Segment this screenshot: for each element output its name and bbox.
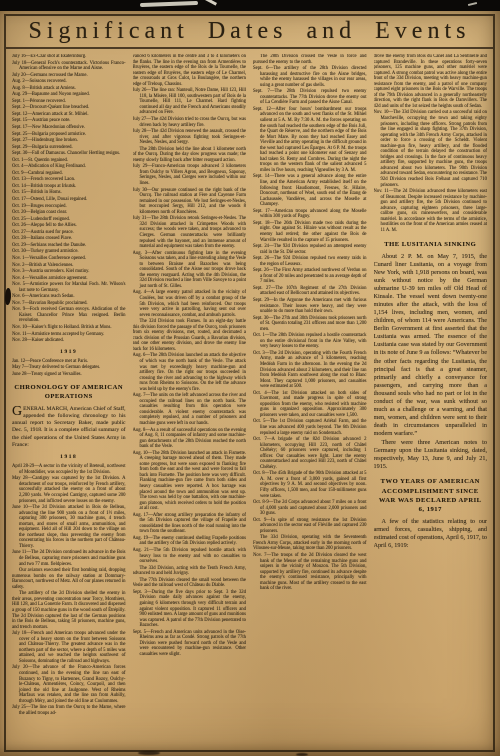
text-block: Sept. 5—French and American units advanc…: [133, 630, 247, 658]
text-block: Aug. 29—Bapaume and Noyon regained.: [12, 92, 126, 98]
text-block: There were three American notes to Germa…: [374, 439, 488, 471]
text-block: Nov. 10—Kaiser's flight to Holland. Brit…: [12, 325, 126, 331]
text-block: Oct. 3—The 2d Division, operating with t…: [253, 351, 367, 390]
text-block: Sept. 30—Fall of Damascus. Chancellor He…: [12, 151, 126, 157]
text-block: Nov. 11—Armistice terms accepted by Germ…: [12, 332, 126, 338]
text-block: Sept. 12—After four hours' bombardment o…: [253, 107, 367, 174]
text-block: The 33d Division, operating with the Sev…: [253, 535, 367, 552]
text-block: Aug. 2—Soissons recovered.: [12, 79, 126, 85]
text-block: Sept. 27—The 107th Regiment of the 27th …: [253, 286, 367, 297]
text-block: Oct. 4—Abdication of King Ferdinand.: [12, 164, 126, 170]
text-block: April 28-29—A sector in the vicinity of …: [12, 464, 126, 475]
text-block: July 27—The 42d Division tried to cross …: [133, 117, 247, 128]
text-column-1: July 16—Ex-Czar shot at Ekaterinburg.Jul…: [12, 54, 126, 747]
text-block: Oct. 8—The 45th Brigade of the 90th Divi…: [253, 471, 367, 499]
text-block: Sept. 18—The 26th Division made two raid…: [253, 221, 367, 243]
text-block: About 2 P. M. on May 7, 1915, the Cunard…: [374, 253, 488, 438]
text-block: Aug. 8—British attack at Amiens.: [12, 86, 126, 92]
text-block: Nov. 9—Foch received German envoys. Abdi…: [12, 307, 126, 324]
scan-top-edge: [0, 0, 500, 11]
text-block: Oct. 28—Italians crossed Piave.: [12, 236, 126, 242]
document-page: Significant Dates and Events July 16—Ex-…: [0, 11, 500, 756]
text-block: Nov. 28—Kaiser abdicated.: [12, 338, 126, 344]
text-block: July 31—The 28th Division retook Seringe…: [133, 216, 247, 249]
text-block: The artillery of the 2d Division shelled…: [12, 591, 126, 630]
section-heading: 1919: [12, 349, 126, 355]
text-block: July 16—Ex-Czar shot at Ekaterinburg.: [12, 54, 126, 60]
text-block: Oct. 9—Cambrai regained.: [12, 171, 126, 177]
text-block: The 28th Division held the line about 1 …: [133, 147, 247, 164]
text-block: Jan. 12—Peace Conference met at Paris.: [12, 359, 126, 365]
text-column-4: drove the enemy from Bois du Canel and L…: [374, 54, 488, 747]
text-block: Aug. 10—The 28th Division launched an at…: [133, 451, 247, 512]
text-block: Oct. 30—Turkey granted armistice.: [12, 249, 126, 255]
text-block: July 25—The line ran from the Ourcq to t…: [12, 705, 126, 716]
text-block: Nov. 11—The 2d Division advanced three k…: [374, 189, 488, 233]
text-block: July 30—Our pressure continued on the ri…: [133, 188, 247, 216]
text-block: Oct. 14—British troops at Irkutsk.: [12, 184, 126, 190]
page-title: Significant Dates and Events: [6, 18, 493, 45]
text-block: Oct. 9—In spite of strong resistance the…: [253, 518, 367, 535]
text-block: May 28—Cantigny was captured by the 1st …: [12, 476, 126, 504]
section-heading: CHRONOLOGY OF AMERICAN OPERATIONS: [14, 383, 124, 401]
text-block: Sept. 15—Austrian peace note.: [12, 118, 126, 124]
text-block: June 28—Treaty signed at Versailles.: [12, 372, 126, 378]
text-block: June 10—The 2d Division attacked in Bois…: [12, 505, 126, 549]
text-block: Aug. 4—A large enemy patrol attacked in …: [133, 290, 247, 318]
text-block: Oct. 25—Ludendorff resigned.: [12, 217, 126, 223]
text-block: Nov. 3—Austria surrenders. Kiel mutiny.: [12, 269, 126, 275]
text-block: Aug. 6—The 28th Division launched an att…: [133, 353, 247, 392]
scan-artifact: [205, 0, 217, 6]
text-block: Sept. 14—There was a general advance alo…: [253, 174, 367, 207]
text-block: Nov. 4—Versailles armistice agreement.: [12, 276, 126, 282]
section-heading: TWO YEARS OF AMERICAN ACCOMPLISHMENT SIN…: [376, 477, 486, 514]
text-block: Sept. 29—Bulgaria surrendered.: [12, 145, 126, 151]
text-block: Oct. 7—A brigade of the 82d Division adv…: [253, 437, 367, 470]
text-block: Sept. 2—Drocourt-Quéant line breached.: [12, 105, 126, 111]
text-block: July 28—The 42d Division renewed the ass…: [133, 129, 247, 146]
scan-smudge: [138, 751, 160, 755]
text-block: Oct. 4—The 1st Division attacked on both…: [253, 391, 367, 419]
text-block: The 33d Division, acting with the Tenth …: [133, 566, 247, 577]
text-block: The 28th Division crossed the Vesle in f…: [253, 54, 367, 65]
text-block: Sept. 7—The 28th Division repulsed two e…: [253, 89, 367, 106]
text-block: July 18—French and American troops advan…: [12, 631, 126, 664]
scan-artifact: [140, 1, 198, 7]
text-block: Aug. 19—The enemy continued shelling Fra…: [133, 536, 247, 547]
text-block: Oct. 15—British in Homs.: [12, 190, 126, 196]
text-block: Aug. 7—The units on the left advanced ac…: [133, 393, 247, 426]
text-block: The 77th Division cleared the small wood…: [133, 578, 247, 589]
text-block: Oct. 8-9—The 2d Corps advanced about 7 m…: [253, 500, 367, 517]
text-block: Oct. 17—Ostend, Lille, Douai regained.: [12, 197, 126, 203]
text-block: Oct. 27—Austria sued for peace.: [12, 230, 126, 236]
text-block: Sept. 27—Hindenburg line broken.: [12, 138, 126, 144]
text-columns: July 16—Ex-Czar shot at Ekaterinburg.Jul…: [6, 49, 493, 750]
text-block: July 29—Franco-American troops advanced …: [133, 164, 247, 186]
scan-artifact: [468, 2, 477, 6]
text-block: July 26—The line ran: Nanteuil, Notre Da…: [133, 88, 247, 116]
text-block: Oct. 1—The 28th Division repulsed a host…: [253, 333, 367, 350]
text-block: Nov. 7—The troops of the 2d Division cle…: [253, 553, 367, 592]
text-block: Oct. 20—Belgian coast clear.: [12, 210, 126, 216]
text-block: Sept. 17—American troops advanced along …: [253, 209, 367, 220]
text-block: Nov. 2—British at Valenciennes.: [12, 263, 126, 269]
text-column-2: vanced 6 kilometers in the centre and 3 …: [133, 54, 247, 747]
text-block: June 11—The 2d Division continued its ad…: [12, 550, 126, 567]
text-block: GENERAL MARCH, American Chief of Staff, …: [12, 406, 126, 450]
text-block: July 20—Germans recrossed the Marne.: [12, 73, 126, 79]
text-block: July 18—General Foch's counterattack. Vi…: [12, 61, 126, 72]
text-block: Sept. 24—The 92d Division repulsed an at…: [253, 244, 367, 255]
text-block: Sept. 29—In the Argonne the Americans me…: [253, 298, 367, 315]
text-block: A few of the statistics relating to our …: [374, 518, 488, 550]
text-block: drove the enemy from Bois du Canel and L…: [374, 54, 488, 109]
text-block: Sept. 26—The 92d Division repulsed two e…: [253, 256, 367, 267]
text-block: Oct. 19—Bruges reoccupied.: [12, 204, 126, 210]
text-block: Sept. 12—American attack at St. Mihiel.: [12, 112, 126, 118]
section-heading: 1918: [12, 454, 126, 460]
text-block: Sept. 26—The First Army attacked northwe…: [253, 268, 367, 285]
text-block: Our aviators executed their first bombin…: [12, 568, 126, 590]
text-block: Sept. 25—Bulgaria proposed armistice.: [12, 132, 126, 138]
scanned-page: Significant Dates and Events July 16—Ex-…: [0, 0, 500, 756]
text-block: Aug. 3—After continuous fighting late in…: [133, 251, 247, 290]
text-block: Oct. 29—Serbians reached the Danube.: [12, 243, 126, 249]
text-block: Oct. 13—French recovered Laon.: [12, 177, 126, 183]
text-block: Oct. 26—Aleppo fell to the Allies.: [12, 223, 126, 229]
text-column-3: The 28th Division crossed the Vesle in f…: [253, 54, 367, 747]
text-block: Aug. 8—As a result of successful operati…: [133, 428, 247, 450]
text-block: Nov. 5—Armistice powers for Marshal Foch…: [12, 282, 126, 293]
section-heading: THE LUSITANIA SINKING: [376, 240, 486, 249]
text-block: Aug. 17—After strong artillery preparati…: [133, 513, 247, 535]
text-block: Nov. 1—Versailles Conference opened.: [12, 256, 126, 262]
text-block: Oct. 5—The 1st Division captured Ariétal…: [253, 419, 367, 436]
text-block: The 32d Division took Fismes. In an eigh…: [133, 319, 247, 352]
text-block: Oct. 1—St. Quentin regained.: [12, 158, 126, 164]
text-block: vanced 6 kilometers in the centre and 3 …: [133, 54, 247, 87]
text-block: Sept. 3—During the five days prior to Se…: [133, 590, 247, 629]
text-block: Nov. 10—The 33d Division carried out a s…: [374, 110, 488, 188]
text-block: Sept. 17—New Macedonian offensive.: [12, 125, 126, 131]
text-block: Sept. 6—The artillery of the 28th Divisi…: [253, 66, 367, 88]
page-border-frame: Significant Dates and Events July 16—Ex-…: [4, 14, 495, 752]
text-block: July 20—The advance of the Franco-Americ…: [12, 665, 126, 704]
text-block: Sept. 1—Péronne recovered.: [12, 99, 126, 105]
text-block: Nov. 7—Bavarian Republic proclaimed.: [12, 301, 126, 307]
text-block: Sept. 30—The 27th and 30th Divisions too…: [253, 316, 367, 333]
text-block: Aug. 21—The 5th Division repulsed hostil…: [133, 548, 247, 565]
text-block: Nov. 6—Americans reach Sedan.: [12, 294, 126, 300]
text-block: May 7—Treaty delivered to German delegat…: [12, 365, 126, 371]
